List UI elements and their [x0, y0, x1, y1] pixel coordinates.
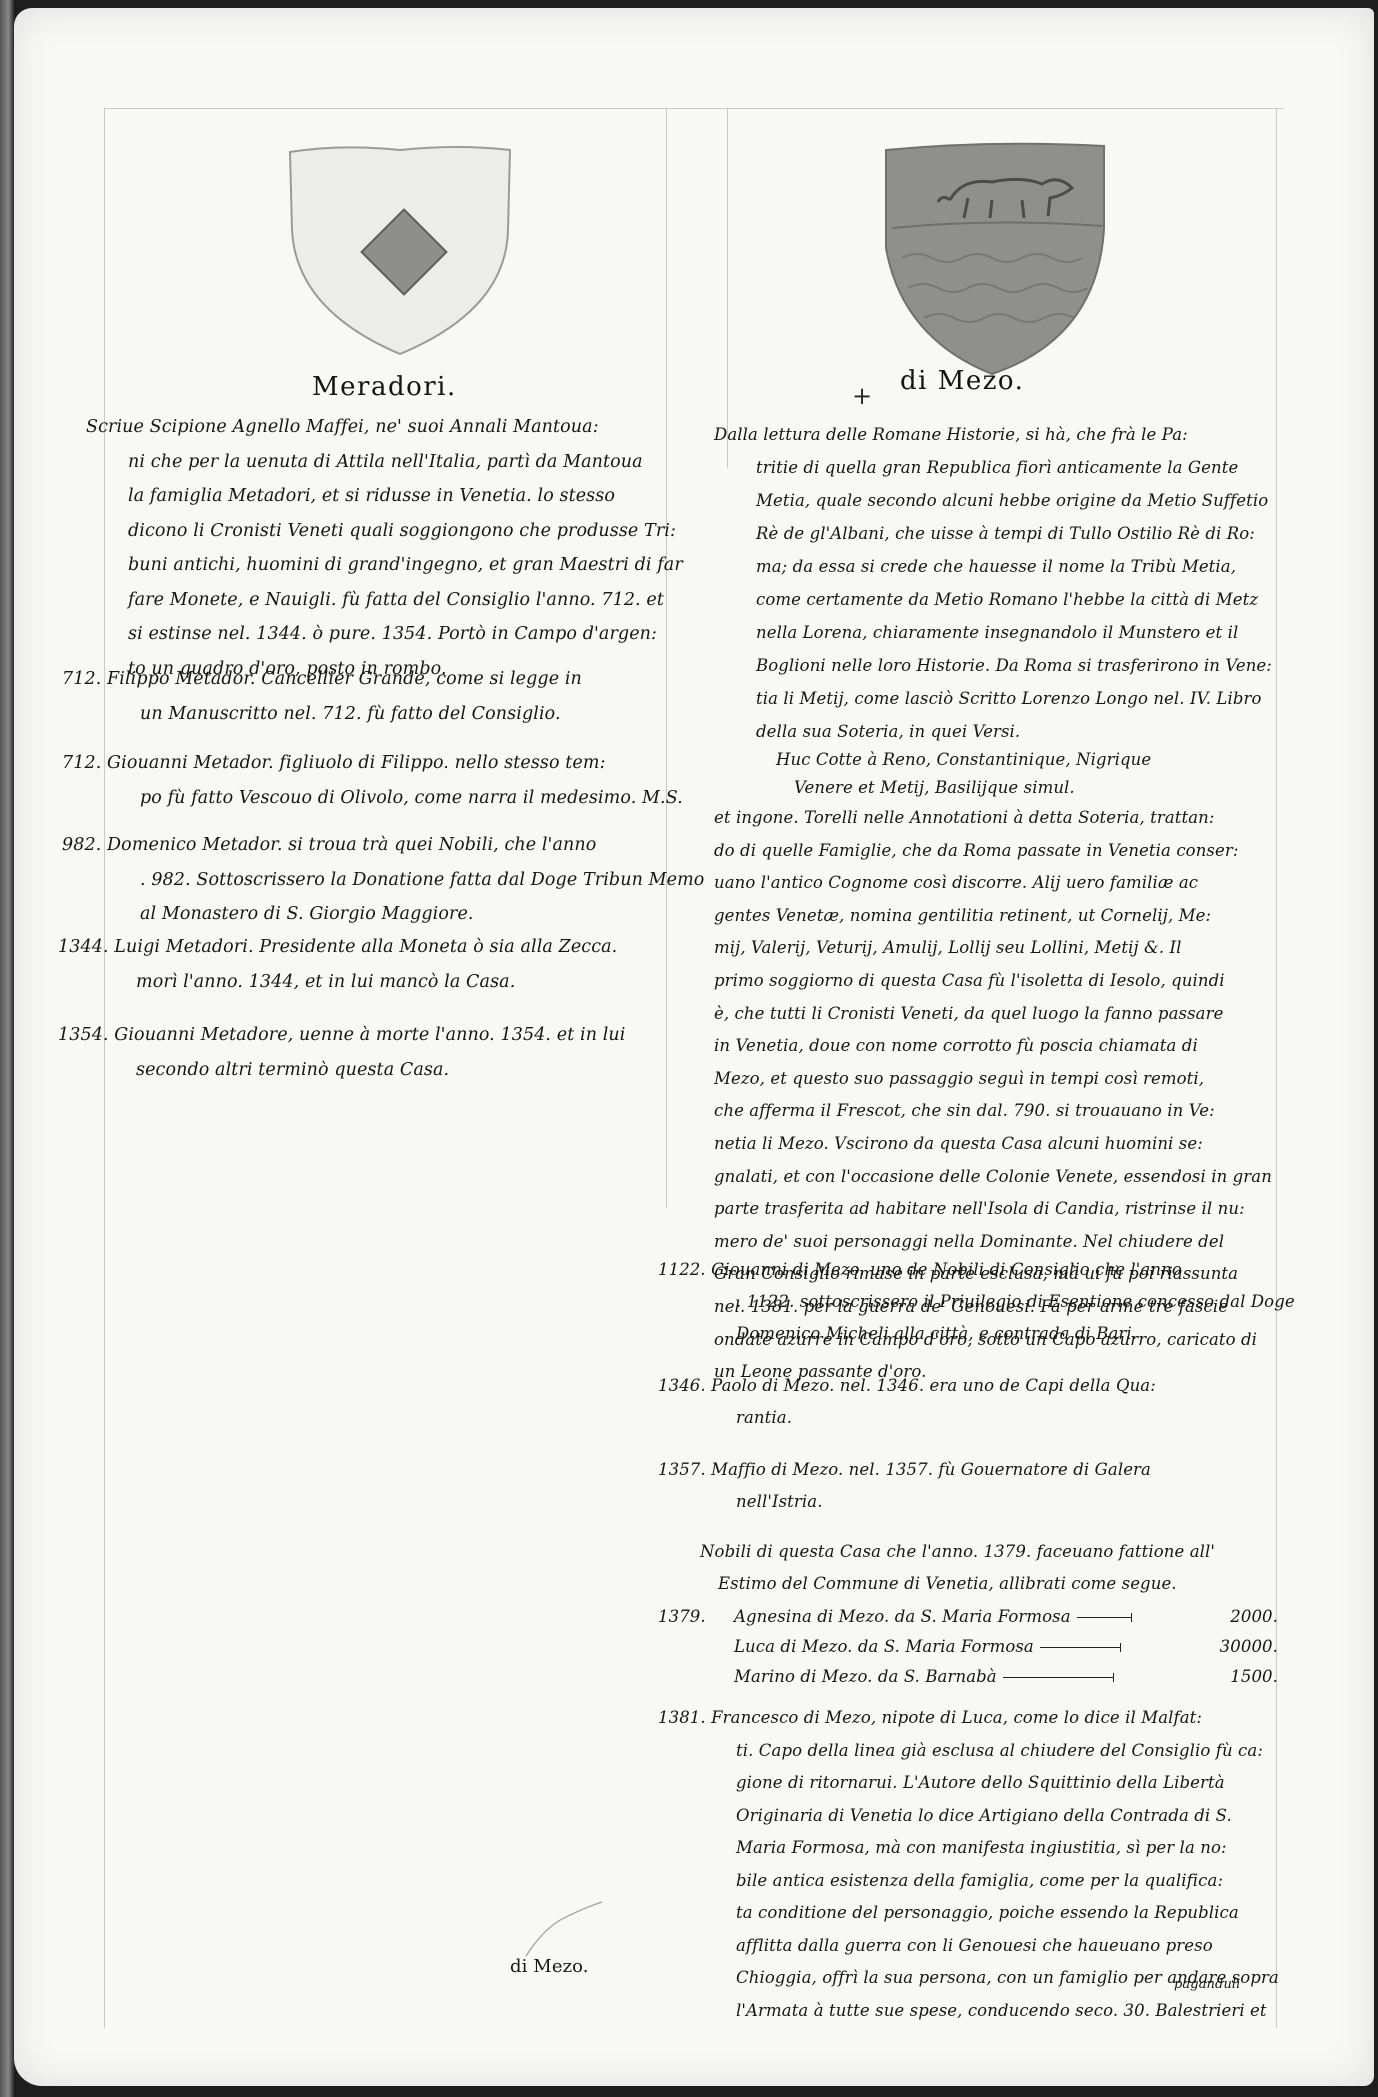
verse-line: Huc Cotte à Reno, Constantinique, Nigriq… — [776, 746, 1151, 774]
entry-line: al Monastero di S. Giorgio Maggiore. — [62, 897, 704, 932]
entry-line: morì l'anno. 1344, et in lui mancò la Ca… — [58, 965, 617, 1000]
text-line: parte trasferita ad habitare nell'Isola … — [714, 1193, 1272, 1226]
entry-giouanni-metador: 712. Giouanni Metador. figliuolo di Fili… — [62, 746, 683, 815]
entry-maffio-di-mezo: 1357. Maffio di Mezo. nel. 1357. fù Goue… — [658, 1454, 1151, 1518]
text-line: fare Monete, e Nauigli. fù fatta del Con… — [86, 583, 683, 618]
text-line: do di quelle Famiglie, che da Roma passa… — [714, 835, 1272, 868]
entry-line: secondo altri terminò questa Casa. — [58, 1053, 626, 1088]
estimo-row: Luca di Mezo. da S. Maria Formosa 30000. — [658, 1632, 1278, 1662]
entry-year: 982. — [62, 835, 101, 855]
entry-year: 1122. — [658, 1260, 706, 1279]
verse-line: Venere et Metij, Basilijque simul. — [776, 774, 1151, 802]
text-line: in Venetia, doue con nome corrotto fù po… — [714, 1030, 1272, 1063]
binding-edge — [0, 0, 14, 2097]
arrow-icon — [1040, 1647, 1120, 1648]
estimo-amount: 30000. — [1220, 1632, 1278, 1662]
entry-year: 1354. — [58, 1025, 109, 1045]
pencil-stroke — [524, 1898, 604, 1958]
entry-line: 1344. Luigi Metadori. Presidente alla Mo… — [58, 930, 617, 965]
entry-line: nell'Istria. — [658, 1486, 1151, 1518]
entry-line: Domenico Micheli alla città, e contrada … — [658, 1318, 1295, 1350]
entry-line: gione di ritornarui. L'Autore dello Squi… — [658, 1767, 1279, 1800]
entry-line: 1357. Maffio di Mezo. nel. 1357. fù Goue… — [658, 1454, 1151, 1486]
text-line: si estinse nel. 1344. ò pure. 1354. Port… — [86, 617, 683, 652]
margin-cross-mark: + — [852, 382, 872, 410]
entry-line: 1381. Francesco di Mezo, nipote di Luca,… — [658, 1702, 1279, 1735]
entry-line: rantia. — [658, 1402, 1156, 1434]
entry-paolo-di-mezo: 1346. Paolo di Mezo. nel. 1346. era uno … — [658, 1370, 1156, 1434]
arrow-icon — [1077, 1617, 1131, 1618]
shield-lozenge-icon — [282, 140, 518, 360]
entry-year: 712. — [62, 753, 101, 773]
shield-lion-passant-icon — [872, 138, 1108, 378]
estimo-intro: Nobili di questa Casa che l'anno. 1379. … — [700, 1536, 1215, 1600]
estimo-amount: 2000. — [1230, 1602, 1278, 1632]
estimo-name: Luca di Mezo. da S. Maria Formosa — [734, 1632, 1034, 1662]
entry-year: 1346. — [658, 1376, 706, 1395]
text-line: buni antichi, huomini di grand'ingegno, … — [86, 548, 683, 583]
text-line: tritie di quella gran Republica fiorì an… — [714, 451, 1272, 484]
entry-giouanni-di-mezo: 1122. Giouanni di Mezo. uno de Nobili di… — [658, 1254, 1295, 1350]
text-line: et ingone. Torelli nelle Annotationi à d… — [714, 802, 1272, 835]
top-rule — [104, 108, 1284, 109]
entry-domenico-metador: 982. Domenico Metador. si troua trà quei… — [62, 828, 704, 932]
text-line: dicono li Cronisti Veneti quali soggiong… — [86, 514, 683, 549]
entry-line: 1122. Giouanni di Mezo. uno de Nobili di… — [658, 1254, 1295, 1286]
text-line: della sua Soteria, in quei Versi. — [714, 715, 1272, 748]
text-line: primo soggiorno di questa Casa fù l'isol… — [714, 965, 1272, 998]
entry-line: afflitta dalla guerra con li Genouesi ch… — [658, 1930, 1279, 1963]
latin-verse: Huc Cotte à Reno, Constantinique, Nigriq… — [776, 746, 1151, 802]
entry-line: po fù fatto Vescouo di Olivolo, come nar… — [62, 781, 683, 816]
text-line: Rè de gl'Albani, che uisse à tempi di Tu… — [714, 517, 1272, 550]
entry-line: bile antica esistenza della famiglia, co… — [658, 1865, 1279, 1898]
entry-year: 1381. — [658, 1708, 706, 1727]
text-line: Nobili di questa Casa che l'anno. 1379. … — [700, 1536, 1215, 1568]
text-line: uano l'antico Cognome così discorre. Ali… — [714, 867, 1272, 900]
text-line: è, che tutti li Cronisti Veneti, da quel… — [714, 998, 1272, 1031]
text-line: Metia, quale secondo alcuni hebbe origin… — [714, 484, 1272, 517]
entry-line: Originaria di Venetia lo dice Artigiano … — [658, 1800, 1279, 1833]
estimo-row: Marino di Mezo. da S. Barnabà 1500. — [658, 1662, 1278, 1692]
entry-year: 1344. — [58, 937, 109, 957]
entry-line: 982. Domenico Metador. si troua trà quei… — [62, 828, 704, 863]
estimo-amount: 1500. — [1230, 1662, 1278, 1692]
text-line: tia li Metij, come lasciò Scritto Lorenz… — [714, 682, 1272, 715]
estimo-row: 1379. Agnesina di Mezo. da S. Maria Form… — [658, 1602, 1278, 1632]
catchword: paganduli — [1174, 1968, 1240, 2003]
text-line: Scriue Scipione Agnello Maffei, ne' suoi… — [86, 410, 683, 445]
estimo-table: 1379. Agnesina di Mezo. da S. Maria Form… — [658, 1602, 1278, 1692]
entry-luigi-metadori: 1344. Luigi Metadori. Presidente alla Mo… — [58, 930, 617, 999]
entry-line: 1354. Giouanni Metadore, uenne à morte l… — [58, 1018, 626, 1053]
family-heading-di-mezo: di Mezo. — [900, 366, 1024, 396]
estimo-year: 1379. — [658, 1602, 734, 1632]
text-line: ma; da essa si crede che hauesse il nome… — [714, 550, 1272, 583]
text-line: Dalla lettura delle Romane Historie, si … — [714, 418, 1272, 451]
entry-line: Maria Formosa, mà con manifesta ingiusti… — [658, 1832, 1279, 1865]
entry-year: 1357. — [658, 1460, 706, 1479]
text-line: gentes Venetæ, nomina gentilitia retinen… — [714, 900, 1272, 933]
text-line: gnalati, et con l'occasione delle Coloni… — [714, 1161, 1272, 1194]
text-line: come certamente da Metio Romano l'hebbe … — [714, 583, 1272, 616]
entry-giouanni-metadore: 1354. Giouanni Metadore, uenne à morte l… — [58, 1018, 626, 1087]
entry-line: . 1122. sottoscrissero il Priuilegio di … — [658, 1286, 1295, 1318]
estimo-name: Agnesina di Mezo. da S. Maria Formosa — [734, 1602, 1071, 1632]
family-heading-meradori: Meradori. — [312, 372, 457, 402]
entry-line: 712. Giouanni Metador. figliuolo di Fili… — [62, 746, 683, 781]
text-line: netia li Mezo. Vscirono da questa Casa a… — [714, 1128, 1272, 1161]
entry-line: 1346. Paolo di Mezo. nel. 1346. era uno … — [658, 1370, 1156, 1402]
di-mezo-intro: Dalla lettura delle Romane Historie, si … — [714, 418, 1272, 748]
text-line: ni che per la uenuta di Attila nell'Ital… — [86, 445, 683, 480]
column-divider-right — [727, 108, 728, 468]
text-line: Mezo, et questo suo passaggio seguì in t… — [714, 1063, 1272, 1096]
entry-line: 712. Filippo Metador. Cancellier Grande,… — [62, 662, 582, 697]
text-line: nella Lorena, chiaramente insegnandolo i… — [714, 616, 1272, 649]
text-line: mij, Valerij, Veturij, Amulij, Lollij se… — [714, 932, 1272, 965]
estimo-name: Marino di Mezo. da S. Barnabà — [734, 1662, 997, 1692]
meradori-intro: Scriue Scipione Agnello Maffei, ne' suoi… — [86, 410, 683, 686]
text-line: la famiglia Metadori, et si ridusse in V… — [86, 479, 683, 514]
entry-line: . 982. Sottoscrissero la Donatione fatta… — [62, 863, 704, 898]
text-line: che afferma il Frescot, che sin dal. 790… — [714, 1095, 1272, 1128]
entry-line: ti. Capo della linea già esclusa al chiu… — [658, 1735, 1279, 1768]
text-line: Boglioni nelle loro Historie. Da Roma si… — [714, 649, 1272, 682]
manuscript-page: Meradori. + di Mezo. Scriue Scipione Agn… — [14, 8, 1374, 2086]
arrow-icon — [1003, 1677, 1113, 1678]
text-line: Estimo del Commune di Venetia, allibrati… — [700, 1568, 1215, 1600]
entry-line: ta conditione del personaggio, poiche es… — [658, 1897, 1279, 1930]
entry-filippo-metador: 712. Filippo Metador. Cancellier Grande,… — [62, 662, 582, 731]
entry-line: un Manuscritto nel. 712. fù fatto del Co… — [62, 697, 582, 732]
entry-year: 712. — [62, 669, 101, 689]
